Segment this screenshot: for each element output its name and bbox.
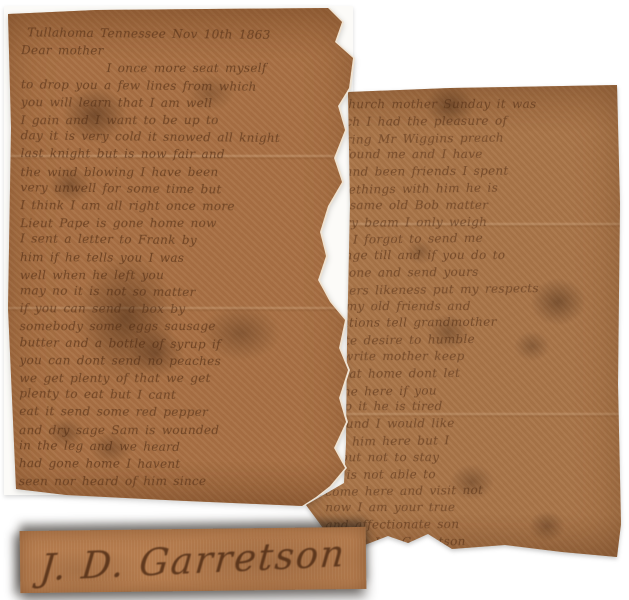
handwriting-line: the wind blowing I have been bbox=[20, 163, 348, 180]
handwriting-line: orange till and if you do to bbox=[324, 247, 618, 264]
handwriting-line: Tullahoma Tennessee Nov 10th 1863 bbox=[21, 24, 349, 45]
handwriting-line: he found me and I have bbox=[323, 146, 617, 163]
handwriting-line: see him here but I bbox=[325, 430, 619, 451]
handwriting-line: help it he is tired bbox=[325, 398, 619, 415]
letter-page-1-paper: Tullahoma Tennessee Nov 10th 1863Dear mo… bbox=[6, 8, 354, 512]
handwriting-line: to write mother keep bbox=[324, 348, 618, 365]
handwriting-line: may no it is not so matter bbox=[20, 282, 348, 303]
handwriting-line: to drop you a few lines from which bbox=[21, 76, 349, 97]
handwriting-line: to church mother Sunday it was bbox=[322, 96, 616, 113]
handwriting-line: somebody some eggs sausage bbox=[20, 318, 348, 335]
handwriting-line: and dry sage Sam is wounded bbox=[19, 422, 347, 439]
handwriting-line: all my old friends and bbox=[324, 297, 618, 314]
handwriting-line: very unwell for some time but bbox=[20, 179, 348, 200]
handwriting-line: you can dont send no peaches bbox=[19, 352, 347, 371]
handwriting-lines-page1: Tullahoma Tennessee Nov 10th 1863Dear mo… bbox=[19, 25, 349, 491]
handwriting-line: fathers likeness put my respects bbox=[324, 279, 618, 300]
letter-photo: to church mother Sunday it waswhich I ha… bbox=[0, 0, 629, 600]
handwriting-line: I think I am all right once more bbox=[20, 197, 348, 216]
handwriting-line: I once more seat myself bbox=[21, 60, 349, 77]
handwriting-line: J D Garretson bbox=[325, 531, 619, 552]
handwriting-line: seen nor heard of him since bbox=[19, 473, 347, 490]
handwriting-line: butter and a bottle of syrup if bbox=[19, 334, 347, 355]
handwriting-line: write desire to humble bbox=[324, 329, 618, 350]
handwriting-line: now I am your true bbox=[325, 499, 619, 516]
handwriting-lines-page2: to church mother Sunday it waswhich I ha… bbox=[322, 95, 619, 551]
handwriting-line: somethings with him he is bbox=[323, 178, 617, 199]
handwriting-line: the same old Bob matter bbox=[323, 197, 617, 214]
handwriting-line: him if he tells you I was bbox=[20, 249, 348, 268]
handwriting-line: if you can send a box by bbox=[20, 300, 348, 319]
handwriting-line: in the leg and we heard bbox=[19, 437, 347, 458]
handwriting-line: last knight but is now fair and bbox=[20, 146, 348, 165]
signature-text: J. D. Garretson bbox=[38, 531, 348, 589]
handwriting-line: you will learn that I am well bbox=[21, 94, 349, 113]
handwriting-line: Dear mother bbox=[21, 42, 349, 61]
letter-page-1: Tullahoma Tennessee Nov 10th 1863Dear mo… bbox=[6, 8, 354, 512]
handwriting-line: I gain and I want to be up to bbox=[21, 112, 349, 129]
handwriting-line: it but not to stay bbox=[325, 448, 619, 465]
handwriting-line: had gone home I havent bbox=[19, 455, 347, 474]
handwriting-line: eat it send some red pepper bbox=[19, 404, 347, 423]
signature-strip-closeup: J. D. Garretson bbox=[20, 527, 367, 593]
handwriting-line: we get plenty of that we get bbox=[19, 370, 347, 387]
handwriting-line: well when he left you bbox=[20, 267, 348, 284]
